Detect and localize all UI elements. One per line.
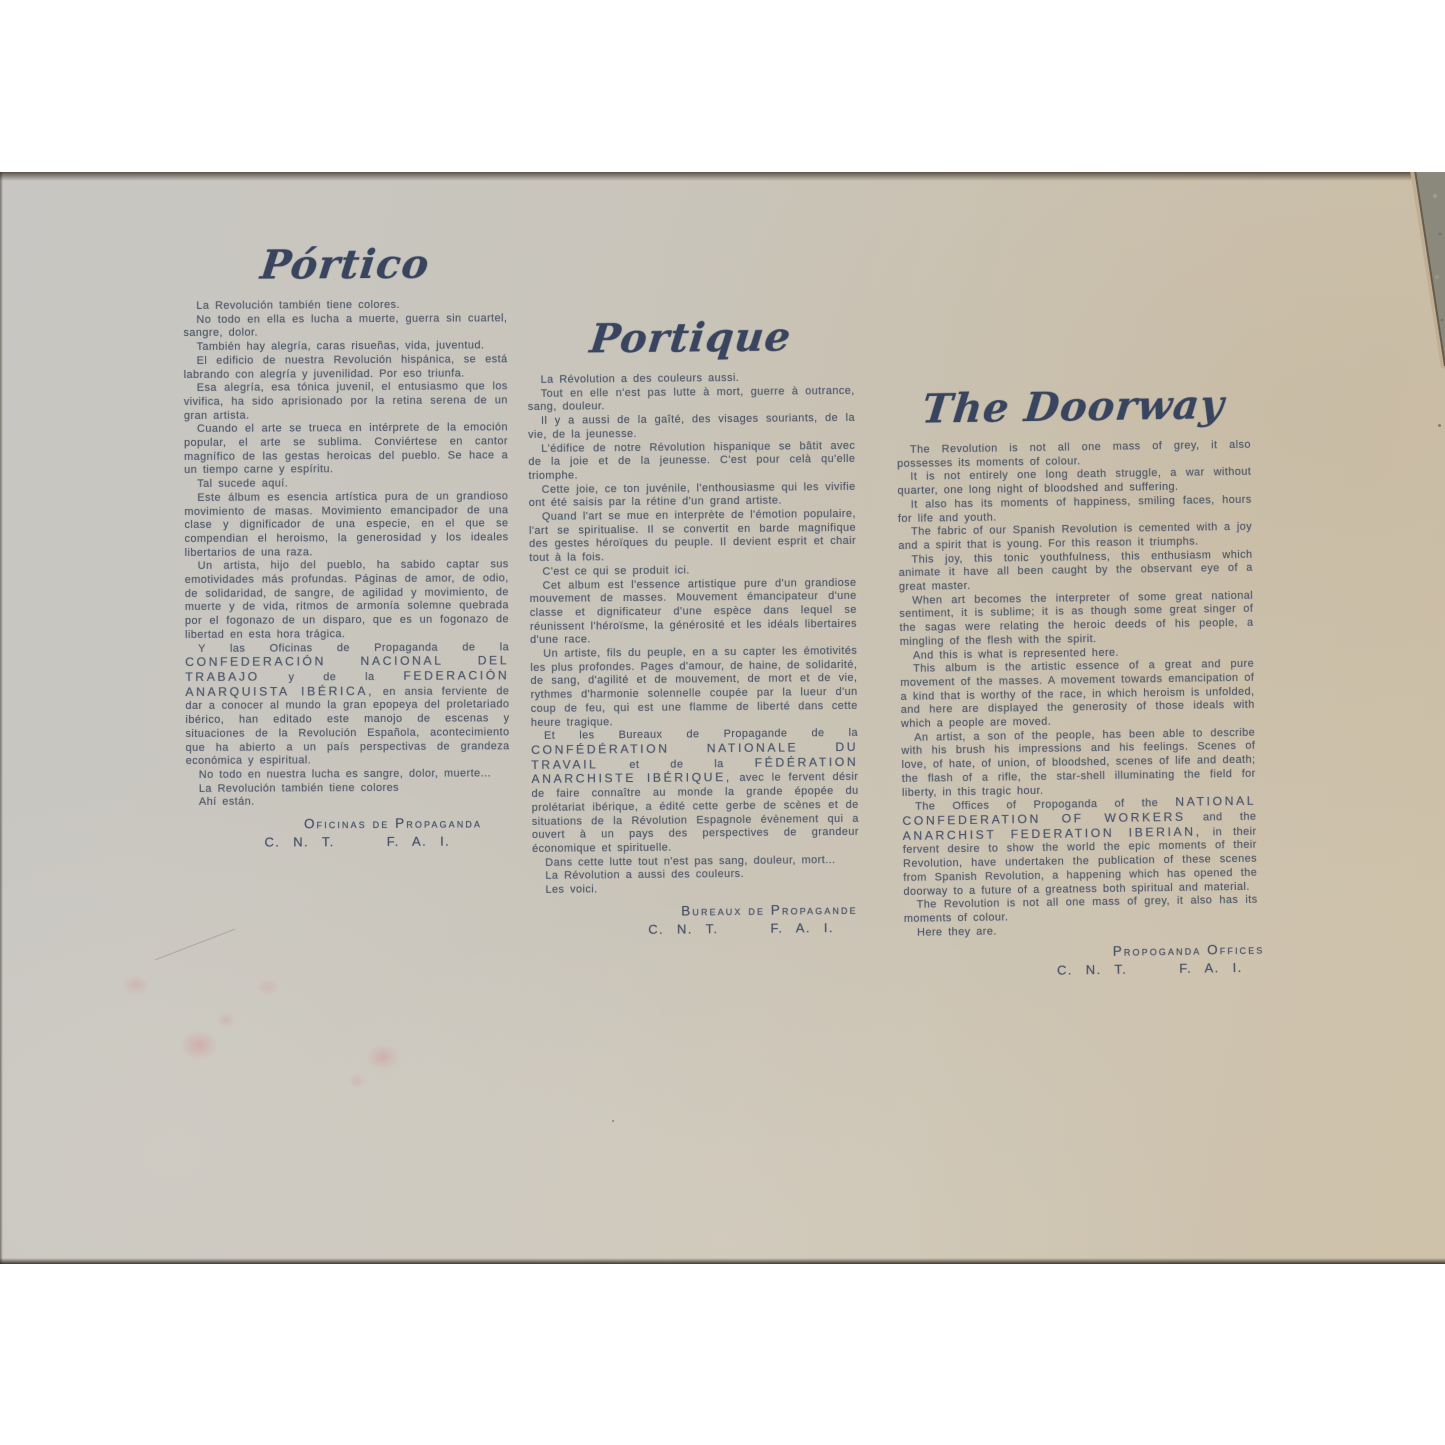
signature-cnt-fai: C. N. T. F. A. I. bbox=[533, 920, 860, 938]
paragraph: This joy, this tonic youthfulness, this … bbox=[898, 548, 1253, 594]
text-run: Quand l'art se mue en interprète de l'ém… bbox=[529, 508, 856, 564]
paragraph: When art becomes the interpreter of some… bbox=[899, 589, 1254, 649]
paragraph: El edificio de nuestra Revolución hispán… bbox=[184, 353, 508, 382]
column-title-english: The Doorway bbox=[894, 383, 1253, 432]
column-french: PortiqueLa Révolution a des couleurs aus… bbox=[527, 315, 860, 938]
text-run: This joy, this tonic youthfulness, this … bbox=[899, 548, 1253, 593]
text-run: La Revolución también tiene colores bbox=[199, 781, 399, 794]
signature-block-english: Propoganda OfficesC. N. T. F. A. I. bbox=[904, 942, 1258, 980]
text-run: It is not entirely one long death strugg… bbox=[897, 466, 1251, 497]
dust-speck bbox=[612, 1120, 614, 1122]
text-run: This album is the artistic essence of a … bbox=[900, 658, 1255, 730]
paragraph: An artist, a son of the people, has been… bbox=[901, 726, 1256, 800]
text-run: The fabric of our Spanish Revolution is … bbox=[898, 521, 1252, 552]
paragraph: Les voici. bbox=[532, 881, 859, 898]
text-run: It also has its moments of happiness, sm… bbox=[898, 494, 1252, 525]
text-run: Esa alegría, esa tónica juvenil, el entu… bbox=[184, 381, 508, 422]
paragraph: L'édifice de notre Révolution hispanique… bbox=[528, 439, 855, 483]
text-run: The Revolution is not all one mass of gr… bbox=[904, 894, 1258, 925]
column-title-spanish: Pórtico bbox=[181, 242, 510, 288]
signature-block-french: Bureaux de PropagandeC. N. T. F. A. I. bbox=[533, 902, 860, 938]
paragraph: Cuando el arte se trueca en intérprete d… bbox=[184, 422, 508, 479]
paragraph: Quand l'art se mue en interprète de l'ém… bbox=[529, 508, 857, 566]
text-run: C'est ce qui se produit ici. bbox=[542, 564, 689, 577]
text-run: La Révolution a des couleurs aussi. bbox=[541, 372, 740, 386]
book-page-photo: PórticoLa Revolución también tiene color… bbox=[0, 172, 1445, 1264]
text-run: Tout en elle n'est pas lutte à mort, gue… bbox=[528, 385, 855, 414]
text-run: No todo en nuestra lucha es sangre, dolo… bbox=[199, 767, 491, 781]
text-run: Cette joie, ce ton juvénile, l'enthousia… bbox=[529, 480, 856, 509]
paragraph: Esa alegría, esa tónica juvenil, el entu… bbox=[184, 381, 508, 424]
page-corner-background bbox=[1399, 172, 1445, 382]
signature-cnt-fai: C. N. T. F. A. I. bbox=[905, 960, 1259, 980]
signature-block-spanish: Oficinas de PropagandaC. N. T. F. A. I. bbox=[186, 815, 510, 850]
text-run: Tal sucede aquí. bbox=[197, 478, 288, 490]
text-run: Un artista, hijo del pueblo, ha sabido c… bbox=[185, 559, 509, 641]
column-english: The DoorwayThe Revolution is not all one… bbox=[896, 383, 1259, 980]
text-run: et de la bbox=[598, 758, 754, 771]
paragraph: Cet album est l'essence artistique pure … bbox=[530, 576, 858, 648]
text-run: El edificio de nuestra Revolución hispán… bbox=[184, 353, 508, 380]
paragraph: No todo en nuestra lucha es sangre, dolo… bbox=[186, 767, 510, 782]
paragraph: Este álbum es esencia artística pura de … bbox=[184, 490, 508, 560]
paragraph: No todo en ella es lucha a muerte, guerr… bbox=[183, 312, 507, 341]
paragraph: Tout en elle n'est pas lutte à mort, gue… bbox=[528, 385, 855, 416]
paragraph: Cette joie, ce ton juvénile, l'enthousia… bbox=[529, 480, 856, 511]
pink-stain bbox=[216, 1012, 236, 1028]
text-run: When art becomes the interpreter of some… bbox=[899, 589, 1253, 647]
text-run: La Révolution a aussi des couleurs. bbox=[545, 868, 744, 882]
text-run: También hay alegría, caras risueñas, vid… bbox=[197, 340, 485, 354]
paragraph: The Offices of Propoganda of the NATIONA… bbox=[902, 795, 1257, 899]
text-run: Cet album est l'essence artistique pure … bbox=[530, 576, 857, 646]
text-run: The Revolution is not all one mass of gr… bbox=[897, 439, 1251, 470]
paragraph: Y las Oficinas de Propaganda de la CONFE… bbox=[185, 641, 510, 769]
paragraph: Ahí están. bbox=[186, 795, 510, 810]
signature-cnt-fai: C. N. T. F. A. I. bbox=[186, 833, 510, 850]
text-run: y de la bbox=[260, 671, 404, 684]
pink-stain bbox=[366, 1044, 400, 1070]
text-run: Les voici. bbox=[545, 883, 597, 895]
text-run: An artist, a son of the people, has been… bbox=[901, 726, 1256, 798]
page-left-edge-shadow bbox=[0, 172, 3, 1264]
paragraph: Un artista, hijo del pueblo, ha sabido c… bbox=[185, 559, 509, 643]
text-run: No todo en ella es lucha a muerte, guerr… bbox=[183, 312, 507, 339]
paragraph: This album is the artistic essence of a … bbox=[900, 658, 1255, 732]
hairline-scratch bbox=[155, 929, 236, 961]
pink-stain bbox=[256, 978, 280, 996]
text-run: La Revolución también tiene colores. bbox=[196, 299, 400, 312]
text-run: Cuando el arte se trueca en intérprete d… bbox=[184, 422, 508, 477]
paragraph: Un artiste, fils du peuple, en a su capt… bbox=[530, 645, 858, 730]
column-title-french: Portique bbox=[525, 315, 857, 362]
text-run: Y las Oficinas de Propaganda de la bbox=[198, 641, 509, 655]
column-spanish: PórticoLa Revolución también tiene color… bbox=[183, 242, 510, 850]
signature-office: Oficinas de Propaganda bbox=[186, 815, 510, 832]
text-run: Dans cette lutte tout n'est pas sang, do… bbox=[545, 854, 835, 869]
text-run: Un artiste, fils du peuple, en a su capt… bbox=[530, 645, 857, 729]
text-run: Ahí están. bbox=[199, 796, 255, 808]
signature-office: Propoganda Offices bbox=[904, 942, 1264, 962]
pink-stain bbox=[122, 975, 150, 995]
text-run: L'édifice de notre Révolution hispanique… bbox=[528, 439, 855, 482]
dust-speck bbox=[1438, 424, 1441, 427]
paragraph: Et les Bureaux de Propagande de la CONFÉ… bbox=[531, 727, 859, 856]
text-run: Il y a aussi de la gaîté, des visages so… bbox=[528, 412, 855, 441]
signature-office: Bureaux de Propagande bbox=[533, 902, 860, 920]
paragraph: Il y a aussi de la gaîté, des visages so… bbox=[528, 412, 855, 443]
pink-stain bbox=[348, 1074, 366, 1088]
pink-stain bbox=[180, 1030, 218, 1060]
text-run: Here they are. bbox=[917, 925, 997, 938]
text-run: Este álbum es esencia artística pura de … bbox=[184, 490, 508, 559]
text-run: And this is what is represented here. bbox=[913, 646, 1119, 661]
text-run: and the bbox=[1186, 811, 1257, 824]
